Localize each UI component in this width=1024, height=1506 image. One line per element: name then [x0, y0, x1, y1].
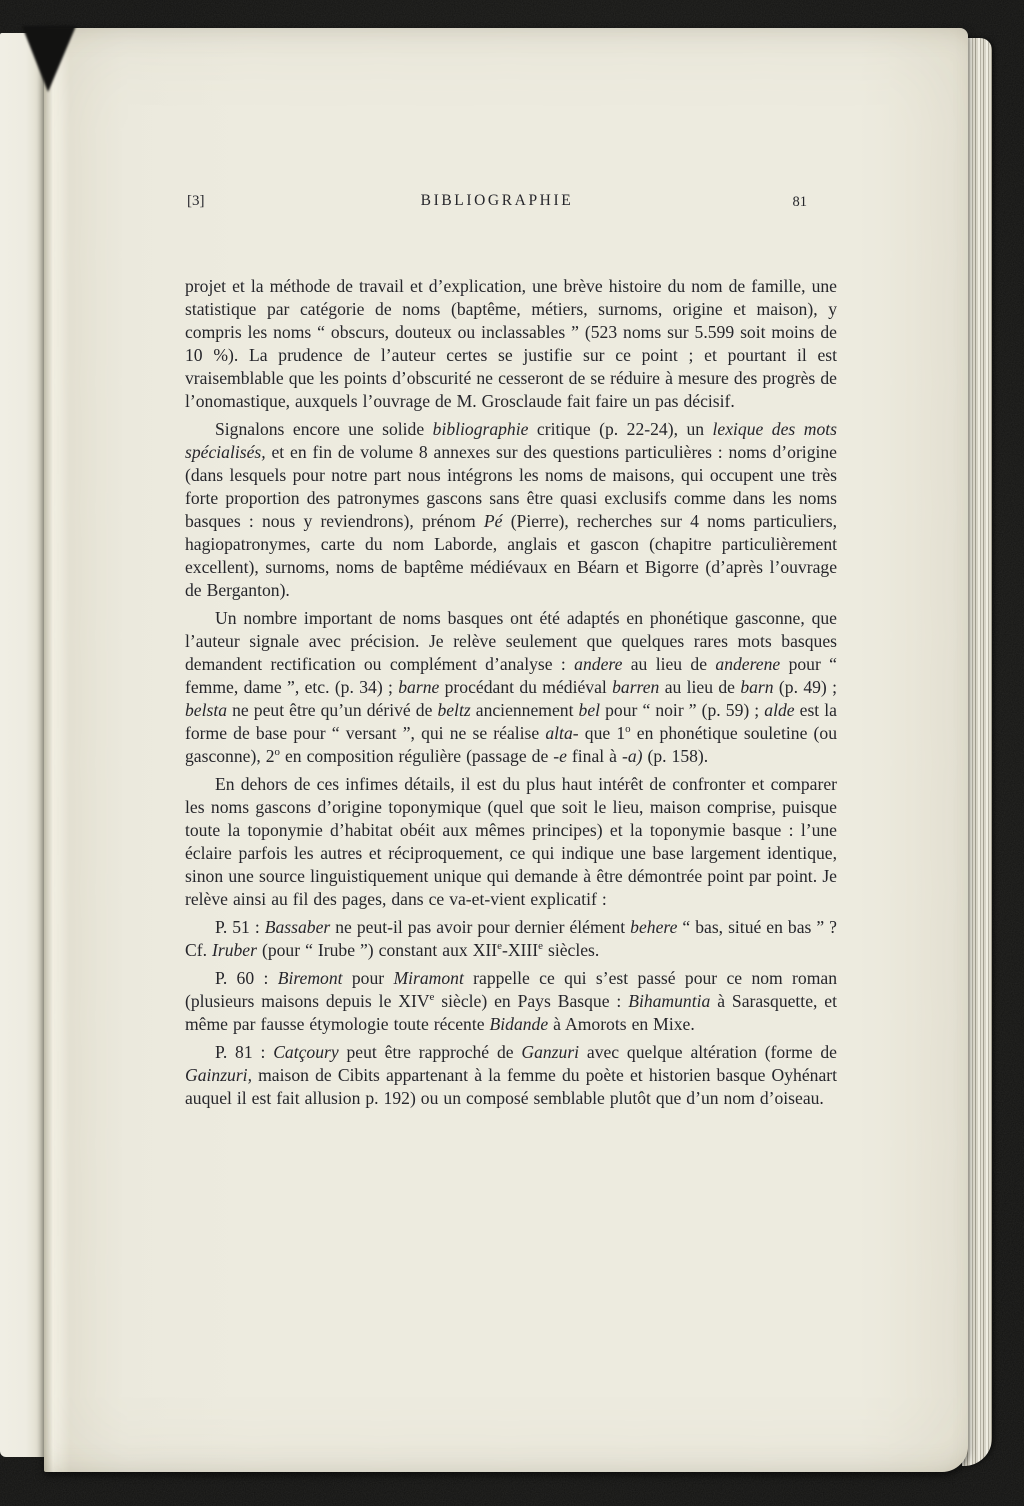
running-head: [3] BIBLIOGRAPHIE 81 [185, 190, 837, 216]
text-run: Catçoury [273, 1042, 338, 1062]
text-run: siècle) en Pays Basque : [434, 991, 628, 1011]
facing-page-sliver [0, 33, 47, 1457]
text-run: en composition régulière (passage de [280, 746, 553, 766]
text-run: alde [764, 700, 794, 720]
text-run: Biremont [278, 968, 343, 988]
paragraph: P. 60 : Biremont pour Miramont rappelle … [185, 967, 837, 1036]
text-run: Ganzuri [521, 1042, 579, 1062]
text-run: -a) [622, 746, 643, 766]
text-run: anderene [715, 654, 780, 674]
book-scan: [3] BIBLIOGRAPHIE 81 projet et la méthod… [0, 0, 1024, 1506]
text-run: bel [579, 700, 601, 720]
text-run: pour [343, 968, 394, 988]
text-run: à Amorots en Mixe. [548, 1014, 695, 1034]
text-run: Bihamuntia [628, 991, 710, 1011]
text-run: beltz [437, 700, 470, 720]
text-run: alta- [545, 723, 578, 743]
text-run: (p. 49) ; [774, 677, 837, 697]
text-run: final à [567, 746, 622, 766]
text-run: siècles. [543, 940, 599, 960]
text-run: P. 51 : [215, 917, 265, 937]
text-run: barren [612, 677, 659, 697]
text-run: Iruber [212, 940, 257, 960]
text-run: (pour “ Irube ”) constant aux XII [257, 940, 497, 960]
text-run: avec quelque altération (forme de [579, 1042, 837, 1062]
book-page: [3] BIBLIOGRAPHIE 81 projet et la méthod… [44, 28, 968, 1472]
text-run: procédant du médiéval [439, 677, 612, 697]
text-run: anciennement [471, 700, 579, 720]
text-run: barn [740, 677, 773, 697]
body-text-block: projet et la méthode de travail et d’exp… [185, 275, 837, 1110]
text-run: Bidande [490, 1014, 549, 1034]
text-run: andere [574, 654, 622, 674]
text-run: (p. 158). [642, 746, 708, 766]
text-run: En dehors de ces infimes détails, il est… [185, 774, 837, 909]
text-run: P. 60 : [215, 968, 278, 988]
text-run: maison de Cibits appartenant à la femme … [185, 1065, 837, 1108]
text-run: ne peut être qu’un dérivé de [227, 700, 437, 720]
text-run: Pé [484, 511, 503, 531]
text-run: projet et la méthode de travail et d’exp… [185, 276, 837, 411]
text-run: que 1 [579, 723, 626, 743]
text-run: bibliographie [433, 419, 529, 439]
text-run: pour “ noir ” (p. 59) ; [600, 700, 764, 720]
text-run: belsta [185, 700, 227, 720]
paragraph: projet et la méthode de travail et d’exp… [185, 275, 837, 413]
text-run: Bassaber [265, 917, 331, 937]
text-run: Miramont [393, 968, 463, 988]
text-run: behere [630, 917, 677, 937]
text-run: -e [553, 746, 567, 766]
text-run: -XIII [502, 940, 538, 960]
text-run: critique (p. 22-24), un [528, 419, 712, 439]
paragraph: P. 81 : Catçoury peut être rapproché de … [185, 1041, 837, 1110]
page-number: 81 [793, 194, 808, 211]
text-run: P. 81 : [215, 1042, 273, 1062]
running-title: BIBLIOGRAPHIE [171, 192, 823, 210]
paragraph: En dehors de ces infimes détails, il est… [185, 773, 837, 911]
text-run: Signalons encore une solide [215, 419, 433, 439]
paragraph: Signalons encore une solide bibliographi… [185, 418, 837, 602]
text-run: au lieu de [622, 654, 715, 674]
text-run: ne peut-il pas avoir pour dernier élémen… [330, 917, 630, 937]
text-run: au lieu de [659, 677, 740, 697]
paragraph: P. 51 : Bassaber ne peut-il pas avoir po… [185, 916, 837, 962]
text-run: Gainzuri, [185, 1065, 252, 1085]
text-run: peut être rapproché de [339, 1042, 522, 1062]
paragraph: Un nombre important de noms basques ont … [185, 607, 837, 768]
gutter-shadow [22, 26, 76, 92]
text-run: barne [398, 677, 439, 697]
